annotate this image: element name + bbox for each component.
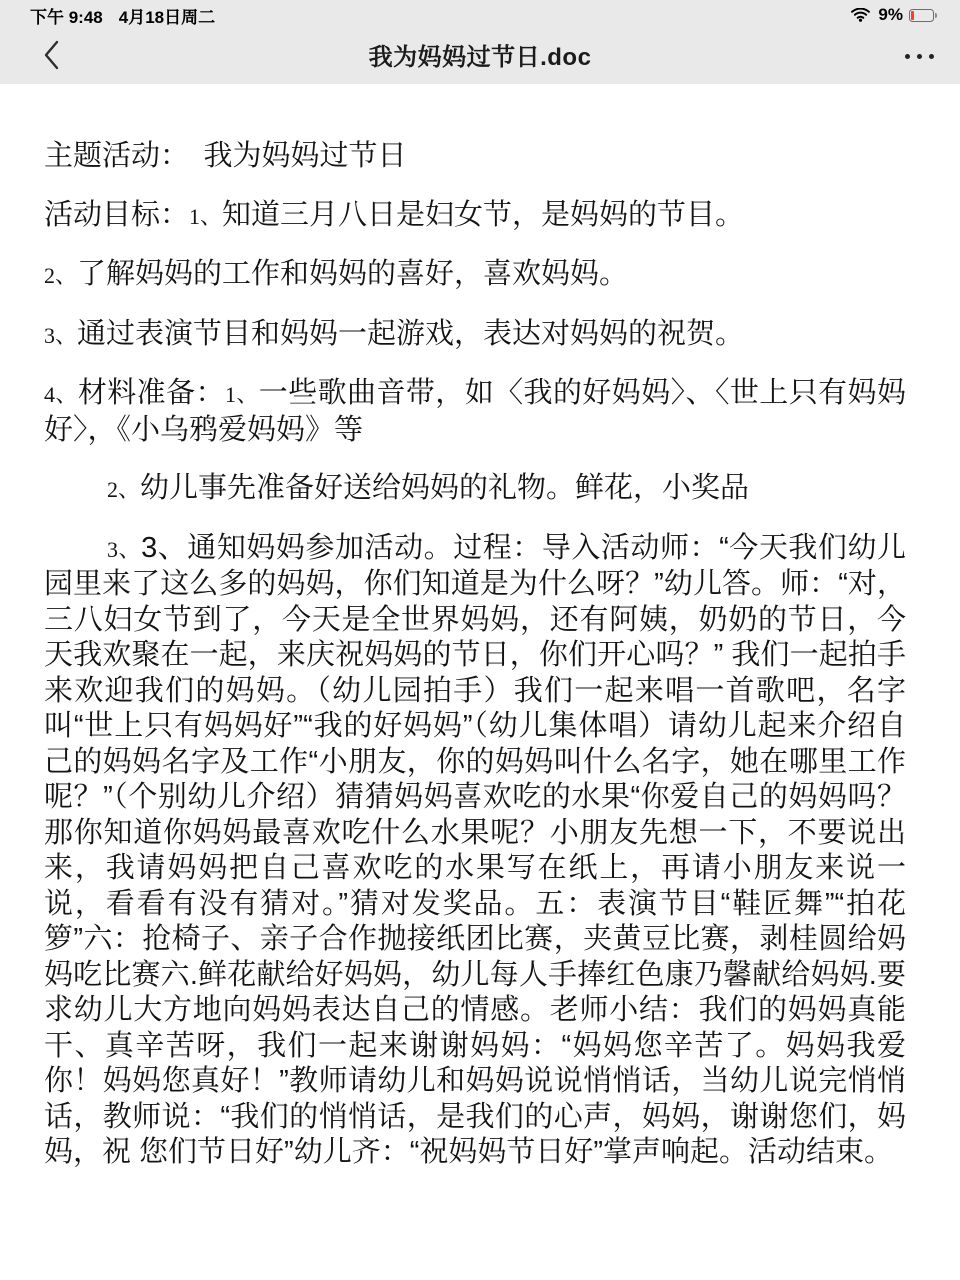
- paragraph: 主题活动： 我为妈妈过节日: [44, 139, 906, 175]
- ellipsis-icon: [905, 54, 934, 59]
- more-button[interactable]: [894, 45, 934, 67]
- battery-percent: 9%: [878, 5, 903, 25]
- text-run: 3、通知妈妈参加活动。过程：导入活动师：“今天我们幼儿园里来了这么多的妈妈，你们…: [44, 532, 906, 1169]
- list-number: 1、: [189, 204, 222, 229]
- list-number: 4、: [44, 382, 78, 407]
- list-number: 2、: [44, 263, 77, 288]
- status-time: 下午 9:48: [30, 3, 103, 28]
- paragraph: 3、3、通知妈妈参加活动。过程：导入活动师：“今天我们幼儿园里来了这么多的妈妈，…: [44, 531, 906, 1171]
- text-run: 活动目标：: [44, 199, 189, 231]
- status-right: 9%: [851, 5, 934, 25]
- document-body: 主题活动： 我为妈妈过节日活动目标：1、知道三月八日是妇女节，是妈妈的节目。2、…: [0, 84, 960, 1171]
- battery-level-fill: [911, 11, 914, 20]
- nav-bar: 我为妈妈过节日.doc: [0, 25, 960, 83]
- paragraph: 2、了解妈妈的工作和妈妈的喜好，喜欢妈妈。: [44, 257, 906, 294]
- list-number: 3、: [107, 537, 141, 562]
- battery-icon: [909, 9, 934, 22]
- page-title: 我为妈妈过节日.doc: [369, 37, 592, 72]
- paragraph: 2、幼儿事先准备好送给妈妈的礼物。鲜花，小奖品: [44, 471, 906, 508]
- text-run: 了解妈妈的工作和妈妈的喜好，喜欢妈妈。: [77, 258, 628, 290]
- text-run: 幼儿事先准备好送给妈妈的礼物。鲜花，小奖品: [140, 472, 749, 504]
- paragraph: 活动目标：1、知道三月八日是妇女节，是妈妈的节目。: [44, 198, 906, 235]
- status-date: 4月18日周二: [119, 3, 215, 28]
- status-left: 下午 9:48 4月18日周二: [30, 3, 215, 28]
- list-number: 1、: [225, 382, 259, 407]
- wifi-icon: [851, 8, 870, 22]
- back-button[interactable]: [38, 37, 64, 73]
- text-run: 通过表演节目和妈妈一起游戏，表达对妈妈的祝贺。: [77, 318, 744, 350]
- list-number: 3、: [44, 323, 77, 348]
- text-run: 主题活动： 我为妈妈过节日: [44, 140, 407, 172]
- paragraph: 3、通过表演节目和妈妈一起游戏，表达对妈妈的祝贺。: [44, 317, 906, 354]
- list-number: 2、: [107, 477, 140, 502]
- text-run: 材料准备：: [78, 377, 225, 409]
- text-run: 知道三月八日是妇女节，是妈妈的节目。: [222, 199, 744, 231]
- document-view[interactable]: 主题活动： 我为妈妈过节日活动目标：1、知道三月八日是妇女节，是妈妈的节目。2、…: [0, 84, 960, 1280]
- paragraph: 4、材料准备：1、一些歌曲音带，如〈我的好妈妈〉、〈世上只有妈妈好〉，《小乌鸦爱…: [44, 376, 906, 448]
- status-bar: 下午 9:48 4月18日周二 9%: [0, 0, 960, 25]
- chevron-left-icon: [42, 39, 60, 71]
- top-chrome: 下午 9:48 4月18日周二 9%: [0, 0, 960, 84]
- battery-nub: [935, 13, 937, 18]
